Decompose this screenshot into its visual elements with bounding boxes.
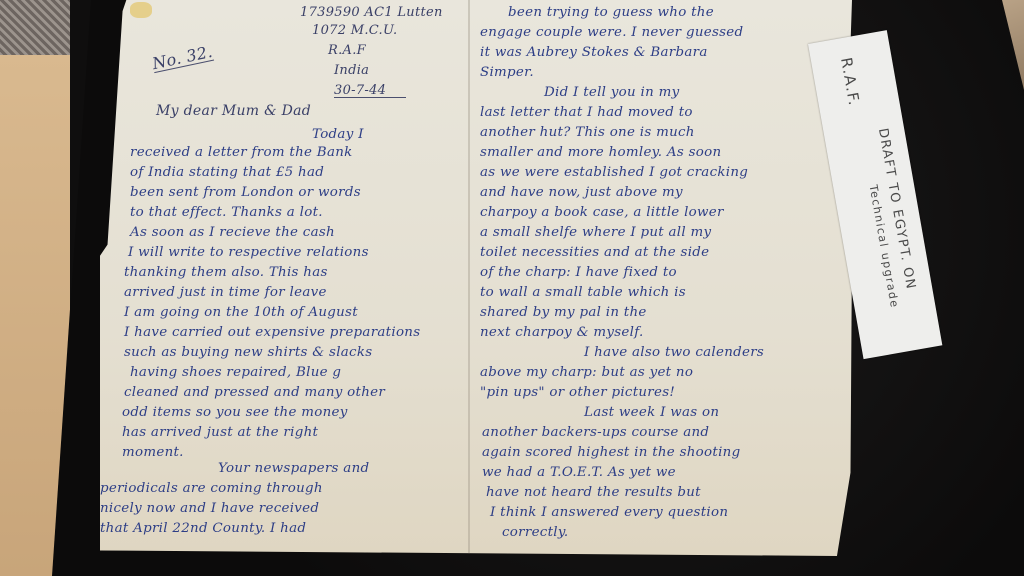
letter-line: of India stating that £5 had <box>130 166 324 179</box>
letter-line: it was Aubrey Stokes & Barbara <box>480 46 708 59</box>
letter-left-page: No. 32. 1739590 AC1 Lutten 1072 M.C.U. R… <box>100 0 468 556</box>
letter-line: have not heard the results but <box>486 486 701 499</box>
letter-line: smaller and more homley. As soon <box>480 146 721 159</box>
letter-line: engage couple were. I never guessed <box>480 26 743 39</box>
letter-line: shared by my pal in the <box>480 306 647 319</box>
letter-line: has arrived just at the right <box>122 426 318 439</box>
letter-line: been sent from London or words <box>130 186 361 199</box>
letter-date: 30-7-44 <box>334 84 406 98</box>
letter-line: Simper. <box>480 66 534 79</box>
service-branch: R.A.F <box>328 44 366 57</box>
letter-line: that April 22nd County. I had <box>100 522 306 535</box>
letter-line: another backers-ups course and <box>482 426 709 439</box>
letter-line: moment. <box>122 446 184 459</box>
letter-line: Your newspapers and <box>218 462 369 475</box>
letter-line: thanking them also. This has <box>124 266 328 279</box>
letter-line: as we were established I got cracking <box>480 166 748 179</box>
letter-line: toilet necessities and at the side <box>480 246 709 259</box>
letter-line: charpoy a book case, a little lower <box>480 206 724 219</box>
letter-line: I am going on the 10th of August <box>124 306 358 319</box>
location: India <box>334 64 369 77</box>
letter-line: such as buying new shirts & slacks <box>124 346 372 359</box>
letter-right-page: been trying to guess who the engage coup… <box>472 0 852 556</box>
letter-line: having shoes repaired, Blue g <box>130 366 341 379</box>
letter-line: and have now, just above my <box>480 186 683 199</box>
service-number: 1739590 AC1 Lutten <box>300 6 443 19</box>
letter-line: correctly. <box>502 526 569 539</box>
fold-line <box>468 0 470 556</box>
letter-line: Today I <box>312 128 364 141</box>
letter-line: As soon as I recieve the cash <box>130 226 335 239</box>
letter-line: to wall a small table which is <box>480 286 686 299</box>
letter-line: I have carried out expensive preparation… <box>124 326 420 339</box>
letter-line: received a letter from the Bank <box>130 146 353 159</box>
letter-line: we had a T.O.E.T. As yet we <box>482 466 676 479</box>
letter-line: I have also two calenders <box>584 346 764 359</box>
letter-line: I will write to respective relations <box>128 246 369 259</box>
letter-number: No. 32. <box>151 44 214 73</box>
letter-line: a small shelfe where I put all my <box>480 226 711 239</box>
letter-line: been trying to guess who the <box>508 6 714 19</box>
letter-sheet: No. 32. 1739590 AC1 Lutten 1072 M.C.U. R… <box>100 0 852 556</box>
letter-line: odd items so you see the money <box>122 406 348 419</box>
cloth-background <box>0 0 70 60</box>
letter-line: arrived just in time for leave <box>124 286 327 299</box>
letter-line: above my charp: but as yet no <box>480 366 693 379</box>
letter-line: I think I answered every question <box>490 506 728 519</box>
letter-line: Last week I was on <box>584 406 719 419</box>
unit: 1072 M.C.U. <box>312 24 397 37</box>
letter-line: another hut? This one is much <box>480 126 695 139</box>
letter-line: to that effect. Thanks a lot. <box>130 206 323 219</box>
greeting: My dear Mum & Dad <box>156 104 311 118</box>
letter-line: Did I tell you in my <box>544 86 679 99</box>
letter-line: cleaned and pressed and many other <box>124 386 385 399</box>
letter-line: again scored highest in the shooting <box>482 446 740 459</box>
letter-line: "pin ups" or other pictures! <box>480 386 675 399</box>
label-line-raf: R.A.F. <box>837 56 863 108</box>
letter-line: last letter that I had moved to <box>480 106 693 119</box>
letter-line: next charpoy & myself. <box>480 326 644 339</box>
letter-line: nicely now and I have received <box>100 502 319 515</box>
letter-line: periodicals are coming through <box>100 482 323 495</box>
letter-line: of the charp: I have fixed to <box>480 266 677 279</box>
